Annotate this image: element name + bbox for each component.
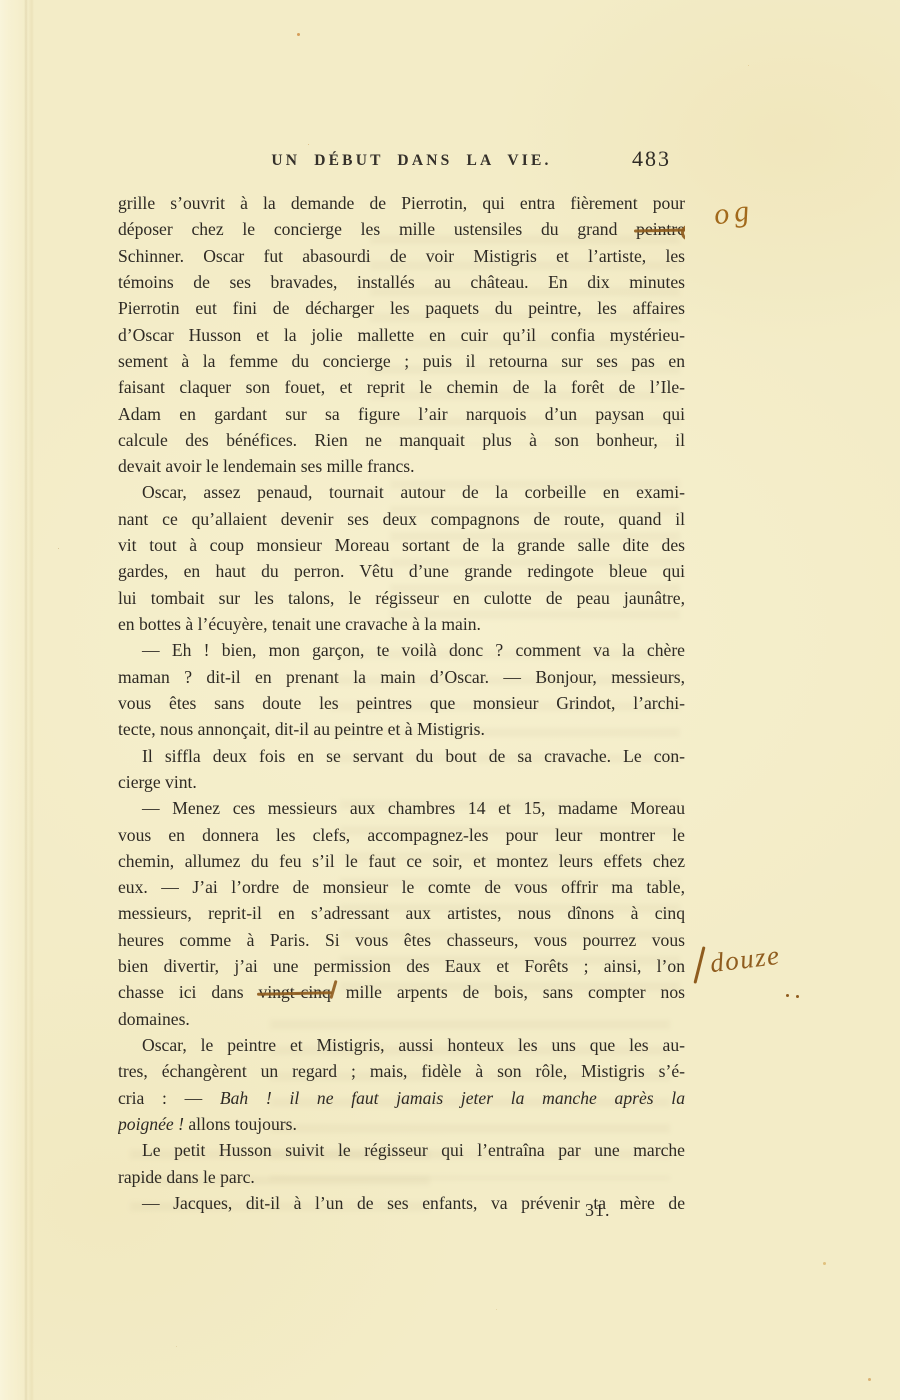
text-line: — Menez ces messieurs aux chambres 14 et…	[118, 795, 685, 821]
text-line: vous êtes sans doute les peintres que mo…	[118, 690, 685, 716]
text-line: — Eh ! bien, mon garçon, te voilà donc ?…	[118, 637, 685, 663]
text-line: vous en donnera les clefs, accompagnez-l…	[118, 822, 685, 848]
handwritten-douze: douze	[708, 940, 782, 979]
paragraph: Oscar, assez penaud, tournait autour de …	[118, 479, 685, 637]
paragraph: — Eh ! bien, mon garçon, te voilà donc ?…	[118, 637, 685, 742]
text-line: Le petit Husson suivit le régisseur qui …	[118, 1137, 685, 1163]
text-line: poignée ! allons toujours.	[118, 1111, 685, 1137]
text-line: vit tout à coup monsieur Moreau sortant …	[118, 532, 685, 558]
text-line: Il siffla deux fois en se servant du bou…	[118, 743, 685, 769]
struck-word: peintre	[636, 219, 685, 239]
text-line: lui tombait sur les talons, le régisseur…	[118, 585, 685, 611]
margin-annotation-deleatur: og	[712, 194, 756, 233]
paragraph: Le petit Husson suivit le régisseur qui …	[118, 1137, 685, 1190]
text-line: faisant claquer son fouet, et reprit le …	[118, 374, 685, 400]
text-line: témoins de ses bravades, installés au ch…	[118, 269, 685, 295]
text-line: bien divertir, j’ai une permission des E…	[118, 953, 685, 979]
italic-phrase: poignée !	[118, 1114, 184, 1134]
paper-specks	[0, 0, 3, 3]
ink-slash-mark	[693, 946, 705, 984]
signature-mark: 31.	[118, 1200, 685, 1221]
text-line: tecte, nous annonçait, dit-il au peintre…	[118, 716, 685, 742]
paragraph: — Menez ces messieurs aux chambres 14 et…	[118, 795, 685, 1032]
text-line: rapide dans le parc.	[118, 1164, 685, 1190]
text-line: cria : — Bah ! il ne faut jamais jeter l…	[118, 1085, 685, 1111]
text-line: d’Oscar Husson et la jolie mallette en c…	[118, 322, 685, 348]
text-line: Schinner. Oscar fut abasourdi de voir Mi…	[118, 243, 685, 269]
running-header-title: UN DÉBUT DANS LA VIE.	[128, 152, 695, 170]
paragraph: Il siffla deux fois en se servant du bou…	[118, 743, 685, 796]
text-line: sement à la femme du concierge ; puis il…	[118, 348, 685, 374]
handwritten-deleatur-mark: og	[712, 194, 756, 232]
body-text: grille s’ouvrit à la demande de Pierroti…	[118, 190, 685, 1216]
margin-annotation-douze: douze	[690, 942, 830, 1012]
text-line: nant ce qu’allaient devenir ses deux com…	[118, 506, 685, 532]
paragraph: grille s’ouvrit à la demande de Pierroti…	[118, 190, 685, 479]
text-line: maman ? dit-il en prenant la main d’Osca…	[118, 664, 685, 690]
text-line: calcule des bénéfices. Rien ne manquait …	[118, 427, 685, 453]
text-line: Oscar, assez penaud, tournait autour de …	[118, 479, 685, 505]
text-line: Pierrotin eut fini de décharger les paqu…	[118, 295, 685, 321]
text-line: chemin, allumez du feu s’il le faut ce s…	[118, 848, 685, 874]
struck-word: vingt-cinq	[259, 982, 331, 1002]
paragraph: Oscar, le peintre et Mistigris, aussi ho…	[118, 1032, 685, 1137]
text-line: Adam en gardant sur sa figure l’air narq…	[118, 401, 685, 427]
text-line: heures comme à Paris. Si vous êtes chass…	[118, 927, 685, 953]
page-number: 483	[632, 146, 671, 172]
text-line: Oscar, le peintre et Mistigris, aussi ho…	[118, 1032, 685, 1058]
text-line: déposer chez le concierge les mille uste…	[118, 216, 685, 242]
text-line: grille s’ouvrit à la demande de Pierroti…	[118, 190, 685, 216]
text-line: gardes, en haut du perron. Vêtu d’une gr…	[118, 558, 685, 584]
text-line: en bottes à l’écuyère, tenait une cravac…	[118, 611, 685, 637]
italic-phrase: Bah ! il ne faut jamais jeter la manche …	[220, 1088, 685, 1108]
text-line: cierge vint.	[118, 769, 685, 795]
text-line: chasse ici dans vingt-cinq mille arpents…	[118, 979, 685, 1005]
page-crease	[24, 0, 34, 1400]
text-line: eux. — J’ai l’ordre de monsieur le comte…	[118, 874, 685, 900]
page-edge-shading	[0, 0, 46, 1400]
text-line: tres, échangèrent un regard ; mais, fidè…	[118, 1058, 685, 1084]
scanned-book-page: UN DÉBUT DANS LA VIE. 483 grille s’ouvri…	[0, 0, 900, 1400]
text-line: messieurs, reprit-il en s’adressant aux …	[118, 900, 685, 926]
ink-dots-mark	[786, 994, 789, 997]
text-line: devait avoir le lendemain ses mille fran…	[118, 453, 685, 479]
text-line: domaines.	[118, 1006, 685, 1032]
